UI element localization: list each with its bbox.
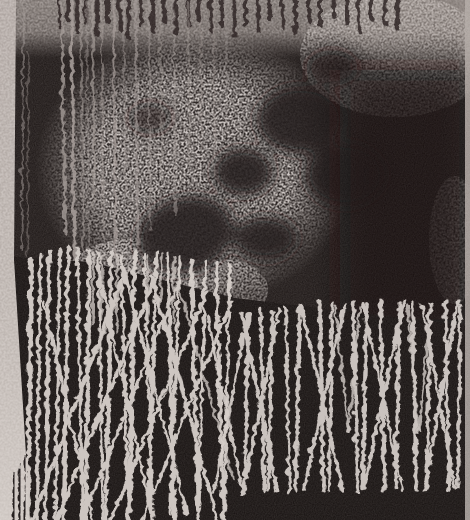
artwork-canvas [0,0,470,520]
grain-overlay [0,0,470,520]
artwork [0,0,470,520]
